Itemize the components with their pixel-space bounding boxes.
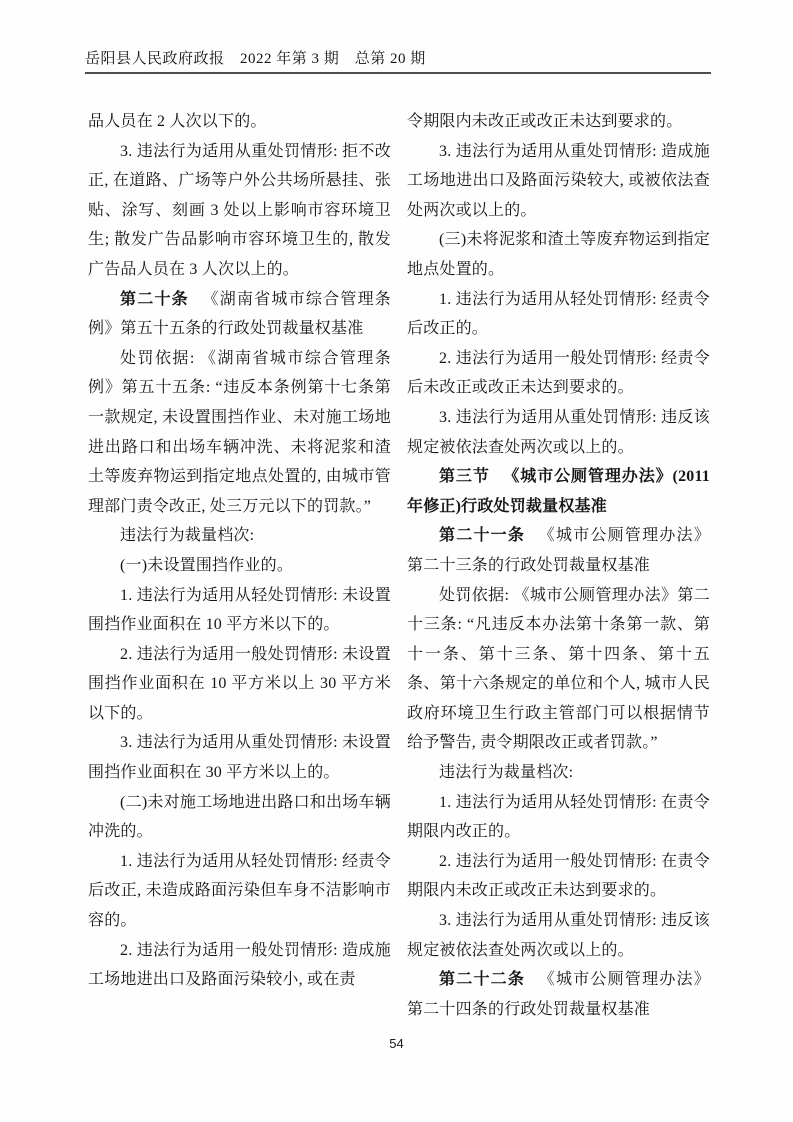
article-number: 第三节 (439, 468, 490, 485)
page-header: 岳阳县人民政府政报 2022 年第 3 期 总第 20 期 (85, 50, 711, 74)
body-paragraph: 3. 违法行为适用从重处罚情形: 拒不改正, 在道路、广场等户外公共场所悬挂、张… (88, 137, 391, 285)
body-paragraph: 1. 违法行为适用从轻处罚情形: 未设置围挡作业面积在 10 平方米以下的。 (88, 581, 391, 640)
paragraph-text: 2. 违法行为适用一般处罚情形: 经责令后未改正或改正未达到要求的。 (407, 350, 710, 397)
page-number: 54 (389, 1036, 403, 1051)
gazette-page: 岳阳县人民政府政报 2022 年第 3 期 总第 20 期 品人员在 2 人次以… (0, 0, 793, 1122)
body-paragraph: 1. 违法行为适用从轻处罚情形: 经责令后改正, 未造成路面污染但车身不洁影响市… (88, 847, 391, 936)
body-paragraph: 3. 违法行为适用从重处罚情形: 未设置围挡作业面积在 30 平方米以上的。 (88, 728, 391, 787)
paragraph-text: 3. 违法行为适用从重处罚情形: 违反该规定被依法查处两次或以上的。 (407, 912, 710, 959)
article-heading: 第二十二条《城市公厕管理办法》第二十四条的行政处罚裁量权基准 (407, 965, 710, 1024)
paragraph-text: 2. 违法行为适用一般处罚情形: 造成施工场地进出口及路面污染较小, 或在责 (88, 942, 391, 989)
right-column: 令期限内未改正或改正未达到要求的。3. 违法行为适用从重处罚情形: 造成施工场地… (407, 107, 710, 1024)
body-paragraph: 2. 违法行为适用一般处罚情形: 在责令期限内未改正或改正未达到要求的。 (407, 847, 710, 906)
paragraph-text: 2. 违法行为适用一般处罚情形: 未设置围挡作业面积在 10 平方米以上 30 … (88, 646, 391, 722)
article-number: 第二十一条 (439, 527, 525, 544)
paragraph-text: 1. 违法行为适用从轻处罚情形: 经责令后改正的。 (407, 291, 710, 338)
body-paragraph: 2. 违法行为适用一般处罚情形: 未设置围挡作业面积在 10 平方米以上 30 … (88, 640, 391, 729)
paragraph-text: 令期限内未改正或改正未达到要求的。 (407, 113, 682, 130)
article-number: 第二十二条 (439, 971, 525, 988)
body-paragraph: 2. 违法行为适用一般处罚情形: 经责令后未改正或改正未达到要求的。 (407, 344, 710, 403)
body-paragraph: 1. 违法行为适用从轻处罚情形: 经责令后改正的。 (407, 285, 710, 344)
body-paragraph: (三)未将泥浆和渣土等废弃物运到指定地点处置的。 (407, 225, 710, 284)
body-paragraph: 违法行为裁量档次: (407, 758, 710, 788)
body-paragraph: 品人员在 2 人次以下的。 (88, 107, 391, 137)
paragraph-text: 品人员在 2 人次以下的。 (88, 113, 267, 130)
article-heading: 第二十一条《城市公厕管理办法》第二十三条的行政处罚裁量权基准 (407, 521, 710, 580)
paragraph-text: 违法行为裁量档次: (439, 764, 573, 781)
content-columns: 品人员在 2 人次以下的。3. 违法行为适用从重处罚情形: 拒不改正, 在道路、… (88, 107, 710, 1024)
article-heading: 第二十条《湖南省城市综合管理条例》第五十五条的行政处罚裁量权基准 (88, 285, 391, 344)
body-paragraph: (二)未对施工场地进出路口和出场车辆冲洗的。 (88, 788, 391, 847)
left-column: 品人员在 2 人次以下的。3. 违法行为适用从重处罚情形: 拒不改正, 在道路、… (88, 107, 391, 1024)
body-paragraph: (一)未设置围挡作业的。 (88, 551, 391, 581)
paragraph-text: 2. 违法行为适用一般处罚情形: 在责令期限内未改正或改正未达到要求的。 (407, 853, 710, 900)
body-paragraph: 处罚依据: 《湖南省城市综合管理条例》第五十五条: “违反本条例第十七条第一款规… (88, 344, 391, 522)
body-paragraph: 2. 违法行为适用一般处罚情形: 造成施工场地进出口及路面污染较小, 或在责 (88, 936, 391, 995)
article-number: 第二十条 (120, 291, 189, 308)
body-paragraph: 违法行为裁量档次: (88, 521, 391, 551)
paragraph-text: 3. 违法行为适用从重处罚情形: 造成施工场地进出口及路面污染较大, 或被依法查… (407, 143, 710, 219)
paragraph-text: 1. 违法行为适用从轻处罚情形: 未设置围挡作业面积在 10 平方米以下的。 (88, 587, 391, 634)
page-footer: 54 (0, 1036, 793, 1051)
body-paragraph: 3. 违法行为适用从重处罚情形: 违反该规定被依法查处两次或以上的。 (407, 403, 710, 462)
paragraph-text: 违法行为裁量档次: (120, 527, 254, 544)
body-paragraph: 处罚依据: 《城市公厕管理办法》第二十三条: “凡违反本办法第十条第一款、第十一… (407, 581, 710, 759)
paragraph-text: (一)未设置围挡作业的。 (120, 557, 293, 574)
paragraph-text: (二)未对施工场地进出路口和出场车辆冲洗的。 (88, 794, 391, 841)
paragraph-text: 3. 违法行为适用从重处罚情形: 拒不改正, 在道路、广场等户外公共场所悬挂、张… (88, 143, 391, 278)
paragraph-text: 3. 违法行为适用从重处罚情形: 违反该规定被依法查处两次或以上的。 (407, 409, 710, 456)
paragraph-text: 3. 违法行为适用从重处罚情形: 未设置围挡作业面积在 30 平方米以上的。 (88, 734, 391, 781)
paragraph-text: 1. 违法行为适用从轻处罚情形: 经责令后改正, 未造成路面污染但车身不洁影响市… (88, 853, 391, 929)
body-paragraph: 3. 违法行为适用从重处罚情形: 造成施工场地进出口及路面污染较大, 或被依法查… (407, 137, 710, 226)
gazette-title: 岳阳县人民政府政报 2022 年第 3 期 总第 20 期 (85, 51, 426, 67)
paragraph-text: 1. 违法行为适用从轻处罚情形: 在责令期限内改正的。 (407, 794, 710, 841)
body-paragraph: 3. 违法行为适用从重处罚情形: 违反该规定被依法查处两次或以上的。 (407, 906, 710, 965)
article-heading: 第三节《城市公厕管理办法》(2011 年修正)行政处罚裁量权基准 (407, 462, 710, 521)
body-paragraph: 1. 违法行为适用从轻处罚情形: 在责令期限内改正的。 (407, 788, 710, 847)
paragraph-text: 处罚依据: 《城市公厕管理办法》第二十三条: “凡违反本办法第十条第一款、第十一… (407, 587, 710, 752)
paragraph-text: (三)未将泥浆和渣土等废弃物运到指定地点处置的。 (407, 231, 710, 278)
paragraph-text: 处罚依据: 《湖南省城市综合管理条例》第五十五条: “违反本条例第十七条第一款规… (88, 350, 391, 515)
body-paragraph: 令期限内未改正或改正未达到要求的。 (407, 107, 710, 137)
